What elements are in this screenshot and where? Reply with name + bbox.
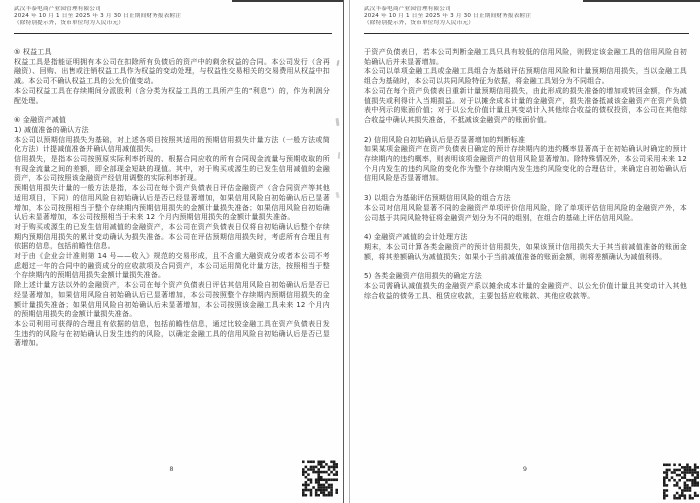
paragraph: 除上述计量方法以外的金融资产，本公司在每个资产负债表日评估其信用风险自初始确认后… (14, 281, 330, 320)
paragraph: 本公司以单项金融工具或金融工具组合为基础评估预期信用风险和计量预期信用损失，当以… (364, 67, 687, 86)
paragraph: 如果某项金融资产在资产负债表日确定的预计存续期内的违约概率显著高于在初始确认时确… (364, 145, 687, 184)
paragraph: 本公司对信用风险显著不同的金融资产单项评价信用风险，除了单项评估信用风险的金融资… (364, 204, 687, 223)
paragraph: 本公司在每个资产负债表日重新计量预期信用损失，由此形成的损失准备的增加或转回金额… (364, 87, 687, 126)
company-name: 武汉丰泰电商产业园管理有限公司 (364, 6, 688, 13)
page-body: 于资产负债表日，若本公司判断金融工具只具有较低的信用风险，则假定该金融工具的信用… (364, 48, 687, 301)
page-number: 8 (0, 465, 343, 473)
paragraph: 权益工具是指能证明拥有本公司在扣除所有负债后的资产中的剩余权益的合同。本公司发行… (14, 58, 330, 87)
paragraph: 本公司利用可获得的合理且有依据的信息，包括前瞻性信息，通过比较金融工具在资产负债… (14, 320, 330, 349)
page-header: 武汉丰泰电商产业园管理有限公司 2024 年 10 月 1 日至 2025 年 … (364, 6, 688, 28)
page-8: 武汉丰泰电商产业园管理有限公司 2024 年 10 月 1 日至 2025 年 … (0, 0, 343, 503)
page-number: 9 (350, 465, 700, 473)
page-header: 武汉丰泰电商产业园管理有限公司 2024 年 10 月 1 日至 2025 年 … (14, 6, 331, 28)
section-heading: 4) 金融资产减值的会计处理方法 (364, 233, 687, 243)
paragraph: 预期信用损失计量的一般方法是指，本公司在每个资产负债表日评估金融资产（含合同资产… (14, 184, 330, 223)
company-name: 武汉丰泰电商产业园管理有限公司 (14, 6, 331, 13)
paragraph: 对于由《企业会计准则第 14 号——收入》规范的交易形成，且不含重大融资成分或者… (14, 252, 330, 281)
currency-note: （除特别提示外，货币单位均为人民币元） (364, 20, 688, 27)
section-heading: 2) 信用风险自初始确认后是否显著增加的判断标准 (364, 136, 687, 146)
currency-note: （除特别提示外，货币单位均为人民币元） (14, 20, 331, 27)
page-9: 武汉丰泰电商产业园管理有限公司 2024 年 10 月 1 日至 2025 年 … (350, 0, 700, 503)
document-viewer: 武汉丰泰电商产业园管理有限公司 2024 年 10 月 1 日至 2025 年 … (0, 0, 700, 503)
qr-code (663, 463, 699, 500)
page-divider (343, 0, 344, 503)
report-period: 2024 年 10 月 1 日至 2025 年 3 月 30 日止期间财务报表附… (364, 13, 688, 20)
section-heading: 5) 各类金融资产信用损失的确定方法 (364, 272, 687, 282)
section-heading: ⑤ 权益工具 (14, 48, 330, 58)
paragraph: 本公司以预期信用损失为基础，对上述各项目按照其适用的预期信用损失计量方法（一般方… (14, 136, 330, 155)
paragraph: 对于购买或源生的已发生信用减值的金融资产，本公司在资产负债表日仅将自初始确认后整… (14, 223, 330, 252)
header-rule (14, 33, 332, 34)
header-rule (364, 33, 689, 34)
scan-top-edge (583, 0, 700, 2)
section-heading: ⑥ 金融资产减值 (14, 116, 330, 126)
page-body: ⑤ 权益工具权益工具是指能证明拥有本公司在扣除所有负债后的资产中的剩余权益的合同… (14, 48, 330, 349)
section-heading: 1) 减值准备的确认方法 (14, 126, 330, 136)
paragraph: 本公司权益工具在存续期间分派股利（含分类为权益工具的工具所产生的“利息”）的，作… (14, 87, 330, 106)
scan-top-edge (232, 0, 343, 2)
section-heading: 3) 以组合为基础评估预期信用风险的组合方法 (364, 194, 687, 204)
paragraph: 信用损失，是指本公司按照原实际利率折现的、根据合同应收的所有合同现金流量与预期收… (14, 155, 330, 184)
paragraph: 本公司需确认减值损失的金融资产系以摊余成本计量的金融资产、以公允价值计量且其变动… (364, 282, 687, 301)
qr-code (302, 460, 338, 497)
paragraph: 于资产负债表日，若本公司判断金融工具只具有较低的信用风险，则假定该金融工具的信用… (364, 48, 687, 67)
report-period: 2024 年 10 月 1 日至 2025 年 3 月 30 日止期间财务报表附… (14, 13, 331, 20)
paragraph: 期末，本公司计算各类金融资产的预计信用损失，如果该预计信用损失大于其当前减值准备… (364, 243, 687, 262)
